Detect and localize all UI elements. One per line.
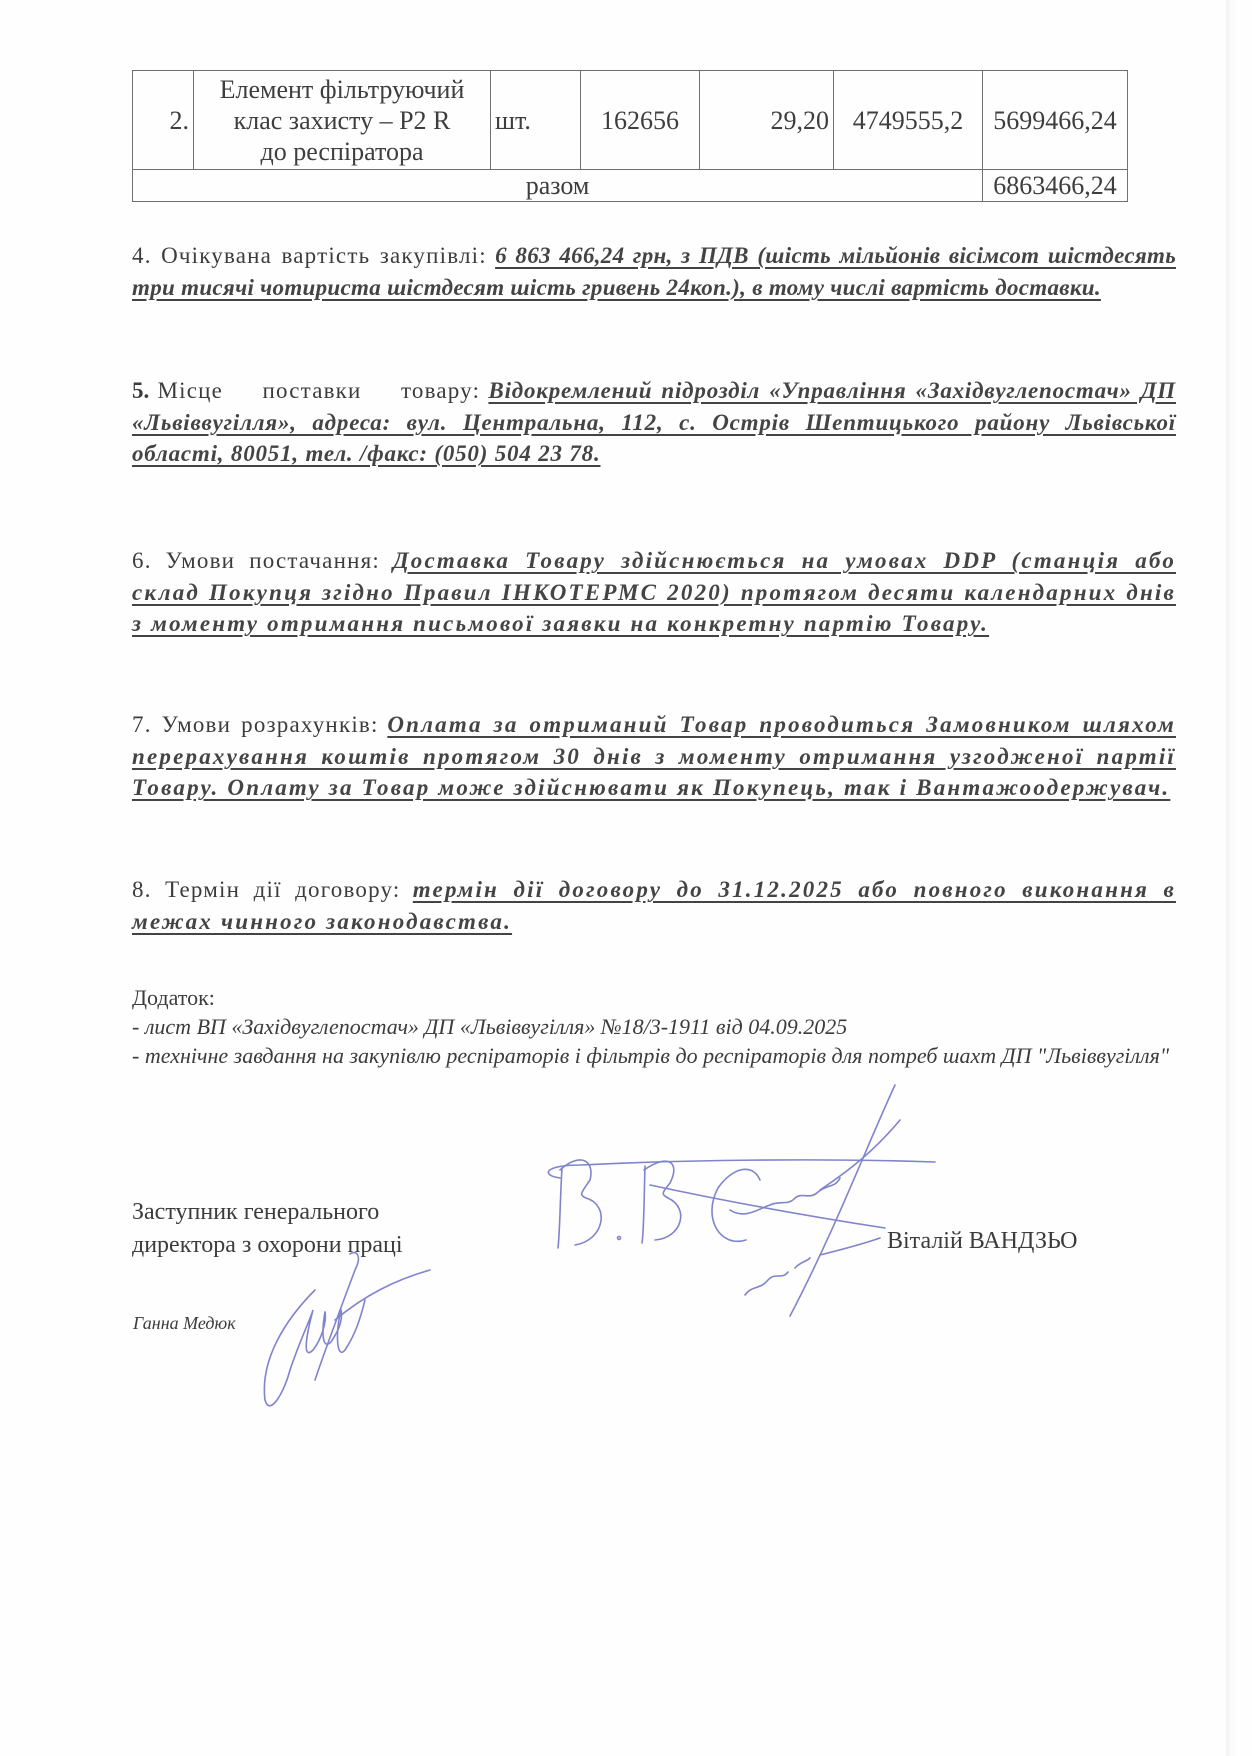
cell-sum: 4749555,2 (834, 71, 983, 170)
section-expected-cost: 4. Очікувана вартість закупівлі: 6 863 4… (132, 240, 1176, 303)
handwritten-signature-icon (520, 1080, 940, 1310)
section-delivery-terms: 6. Умови постачання: Доставка Товару зді… (132, 545, 1176, 640)
total-value: 6863466,24 (983, 170, 1128, 202)
annex-block: Додаток: - лист ВП «Західвуглепостач» ДП… (132, 983, 1176, 1070)
section-label: Місце поставки товару: (157, 378, 480, 403)
annex-item: - технічне завдання на закупівлю респіра… (132, 1041, 1176, 1070)
cell-unit: шт. (491, 71, 581, 170)
annex-title: Додаток: (132, 983, 1176, 1012)
cell-quantity: 162656 (581, 71, 700, 170)
item-name-line: Елемент фільтруючий (198, 74, 486, 105)
section-label: 6. Умови постачання: (132, 548, 380, 573)
cell-sum-with-vat: 5699466,24 (983, 71, 1128, 170)
section-label: 4. Очікувана вартість закупівлі: (132, 243, 487, 268)
executor-name: Ганна Медюк (133, 1313, 236, 1334)
section-label: 7. Умови розрахунків: (132, 712, 379, 737)
items-table: 2. Елемент фільтруючий клас захисту – P2… (132, 70, 1128, 202)
item-name-line: до респіратора (198, 136, 486, 167)
annex-item: - лист ВП «Західвуглепостач» ДП «Львівву… (132, 1012, 1176, 1041)
total-label: разом (133, 170, 983, 202)
section-label: 8. Термін дії договору: (132, 877, 400, 902)
item-name-line: клас захисту – P2 R (198, 105, 486, 136)
section-contract-term: 8. Термін дії договору: термін дії догов… (132, 874, 1176, 937)
cell-price: 29,20 (700, 71, 834, 170)
section-number: 5. (132, 378, 149, 403)
section-payment-terms: 7. Умови розрахунків: Оплата за отримани… (132, 709, 1176, 804)
cell-item-name: Елемент фільтруючий клас захисту – P2 R … (194, 71, 491, 170)
scan-page-edge (1226, 0, 1238, 1756)
position-line: Заступник генерального (132, 1196, 403, 1229)
table-total-row: разом 6863466,24 (133, 170, 1128, 202)
section-delivery-place: 5. Місце поставки товару: Відокремлений … (132, 375, 1176, 470)
cell-row-number: 2. (133, 71, 194, 170)
executor-signature-icon (255, 1250, 435, 1420)
table-row: 2. Елемент фільтруючий клас захисту – P2… (133, 71, 1128, 170)
